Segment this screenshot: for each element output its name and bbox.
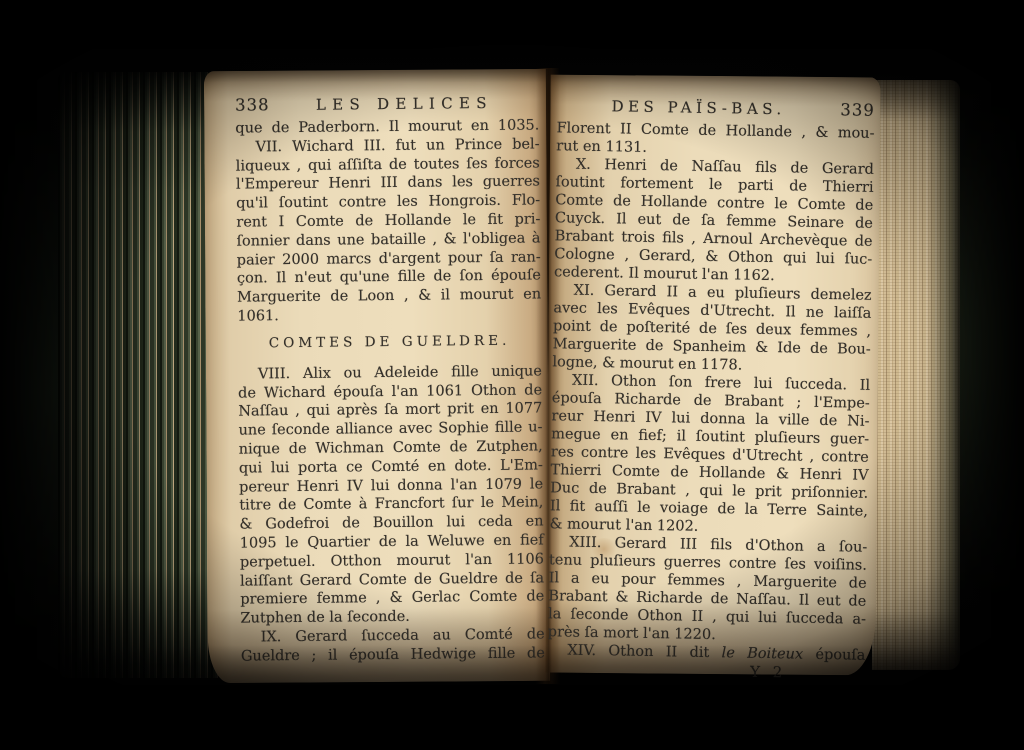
left-running-title: LES DELICES bbox=[270, 93, 540, 114]
text-line: Gueldre ; il épouſa Hedwige fille de bbox=[241, 644, 545, 666]
text-line: qui lui porta ce Comté en dote. L'Em- bbox=[239, 456, 543, 478]
right-fore-edge-pages bbox=[872, 80, 960, 670]
text-line: Marguerite de Loon , & il mourut en bbox=[237, 286, 541, 308]
photo-background: 338 LES DELICES que de Paderborn. Il mou… bbox=[0, 0, 1024, 750]
text-line: premiere femme , & Gerlac Comte de bbox=[240, 588, 544, 610]
left-page-header: 338 LES DELICES bbox=[235, 92, 539, 115]
open-book: 338 LES DELICES que de Paderborn. Il mou… bbox=[56, 58, 962, 698]
right-page-header: DES PAÏS-BAS. 339 bbox=[557, 95, 875, 121]
right-page-text: DES PAÏS-BAS. 339 Florent II Comte de Ho… bbox=[547, 95, 875, 682]
right-running-title: DES PAÏS-BAS. bbox=[557, 96, 841, 119]
right-text-lines: Florent II Comte de Hollande , & mou-rut… bbox=[547, 119, 874, 664]
text-line: VIII. Alix ou Adeleide fille unique bbox=[238, 362, 542, 384]
text-line: perpetuel. Otthon mourut l'an 1106 bbox=[240, 550, 544, 572]
right-page-number: 339 bbox=[840, 100, 875, 120]
left-fore-edge-pages bbox=[58, 72, 218, 678]
left-page-text: 338 LES DELICES que de Paderborn. Il mou… bbox=[235, 92, 545, 666]
left-text-lines-2: VIII. Alix ou Adeleide fille uniquede Wi… bbox=[238, 362, 545, 666]
text-line: 1061. bbox=[237, 304, 541, 326]
left-page-number: 338 bbox=[235, 95, 270, 114]
left-text-lines-1: que de Paderborn. Il mourut en 1035.VII.… bbox=[235, 116, 541, 326]
section-heading: COMTES DE GUELDRE. bbox=[238, 331, 542, 352]
